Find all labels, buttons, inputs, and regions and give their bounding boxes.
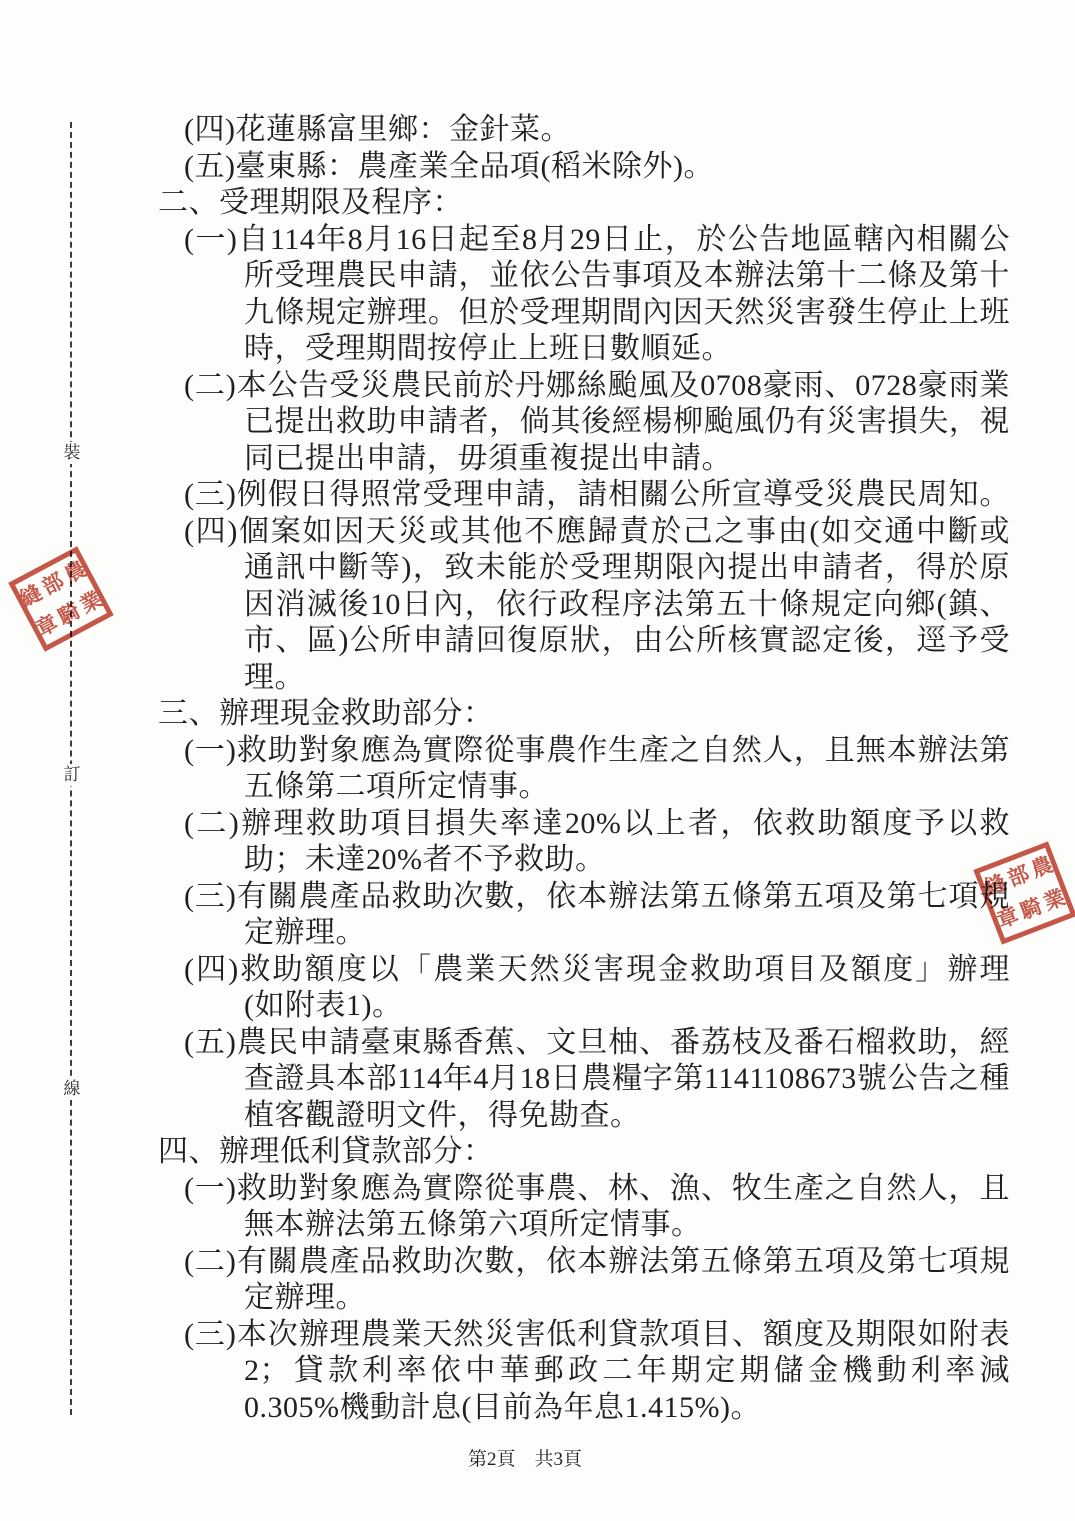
- text-line: 植客觀證明文件，得免勘查。: [150, 1098, 1010, 1135]
- binding-label-xian: 線: [60, 1078, 84, 1100]
- text-line: 九條規定辦理。但於受理期間內因天然災害發生停止上班: [150, 295, 1010, 332]
- text-line: (四)花蓮縣富里鄉：金針菜。: [150, 112, 1010, 149]
- text-line: 助；未達20%者不予救助。: [150, 842, 1010, 879]
- text-line: 0.305%機動計息(目前為年息1.415%)。: [150, 1390, 1010, 1427]
- ministry-cross-page-seal-left: 縫部農 章騎業: [8, 546, 113, 651]
- document-page: 裝 訂 線 縫部農 章騎業 縫部農 章騎業 (四)花蓮縣富里鄉：金針菜。 (五)…: [0, 0, 1075, 1521]
- text-line: 因消滅後10日內，依行政程序法第五十條規定向鄉(鎮、: [150, 587, 1010, 624]
- section-heading: 二、受理期限及程序：: [150, 185, 1010, 222]
- document-body: (四)花蓮縣富里鄉：金針菜。 (五)臺東縣：農產業全品項(稻米除外)。 二、受理…: [150, 112, 1010, 1426]
- text-line: 無本辦法第五條第六項所定情事。: [150, 1207, 1010, 1244]
- text-line: (一)自114年8月16日起至8月29日止，於公告地區轄內相關公: [150, 222, 1010, 259]
- text-line: 時，受理期間按停止上班日數順延。: [150, 331, 1010, 368]
- text-line: 已提出救助申請者，倘其後經楊柳颱風仍有災害損失，視: [150, 404, 1010, 441]
- text-line: 定辦理。: [150, 915, 1010, 952]
- text-line: (三)例假日得照常受理申請，請相關公所宣導受災農民周知。: [150, 477, 1010, 514]
- text-line: (三)本次辦理農業天然災害低利貸款項目、額度及期限如附表: [150, 1317, 1010, 1354]
- text-line: 理。: [150, 660, 1010, 697]
- text-line: 五條第二項所定情事。: [150, 769, 1010, 806]
- text-line: 同已提出申請，毋須重複提出申請。: [150, 441, 1010, 478]
- text-line: 查證具本部114年4月18日農糧字第1141108673號公告之種: [150, 1061, 1010, 1098]
- text-line: (二)辦理救助項目損失率達20%以上者，依救助額度予以救: [150, 806, 1010, 843]
- text-line: 通訊中斷等)，致未能於受理期限內提出申請者，得於原: [150, 550, 1010, 587]
- text-line: (四)個案如因天災或其他不應歸責於己之事由(如交通中斷或: [150, 514, 1010, 551]
- section-heading: 四、辦理低利貸款部分：: [150, 1134, 1010, 1171]
- text-line: (二)有關農產品救助次數，依本辦法第五條第五項及第七項規: [150, 1244, 1010, 1281]
- binding-label-ding: 訂: [60, 764, 84, 786]
- text-line: (五)臺東縣：農產業全品項(稻米除外)。: [150, 149, 1010, 186]
- text-line: (三)有關農產品救助次數，依本辦法第五條第五項及第七項規: [150, 879, 1010, 916]
- text-line: (一)救助對象應為實際從事農作生產之自然人，且無本辦法第: [150, 733, 1010, 770]
- text-line: (如附表1)。: [150, 988, 1010, 1025]
- text-line: (五)農民申請臺東縣香蕉、文旦柚、番荔枝及番石榴救助，經: [150, 1025, 1010, 1062]
- text-line: (四)救助額度以「農業天然災害現金救助項目及額度」辦理: [150, 952, 1010, 989]
- binding-label-zhuang: 裝: [60, 442, 84, 464]
- page-footer: 第2頁 共3頁: [0, 1444, 1050, 1471]
- text-line: (一)救助對象應為實際從事農、林、漁、牧生產之自然人，且: [150, 1171, 1010, 1208]
- text-line: 市、區)公所申請回復原狀，由公所核實認定後，逕予受: [150, 623, 1010, 660]
- section-heading: 三、辦理現金救助部分：: [150, 696, 1010, 733]
- text-line: 2；貸款利率依中華郵政二年期定期儲金機動利率減: [150, 1353, 1010, 1390]
- text-line: 所受理農民申請，並依公告事項及本辦法第十二條及第十: [150, 258, 1010, 295]
- text-line: 定辦理。: [150, 1280, 1010, 1317]
- text-line: (二)本公告受災農民前於丹娜絲颱風及0708豪雨、0728豪雨業: [150, 368, 1010, 405]
